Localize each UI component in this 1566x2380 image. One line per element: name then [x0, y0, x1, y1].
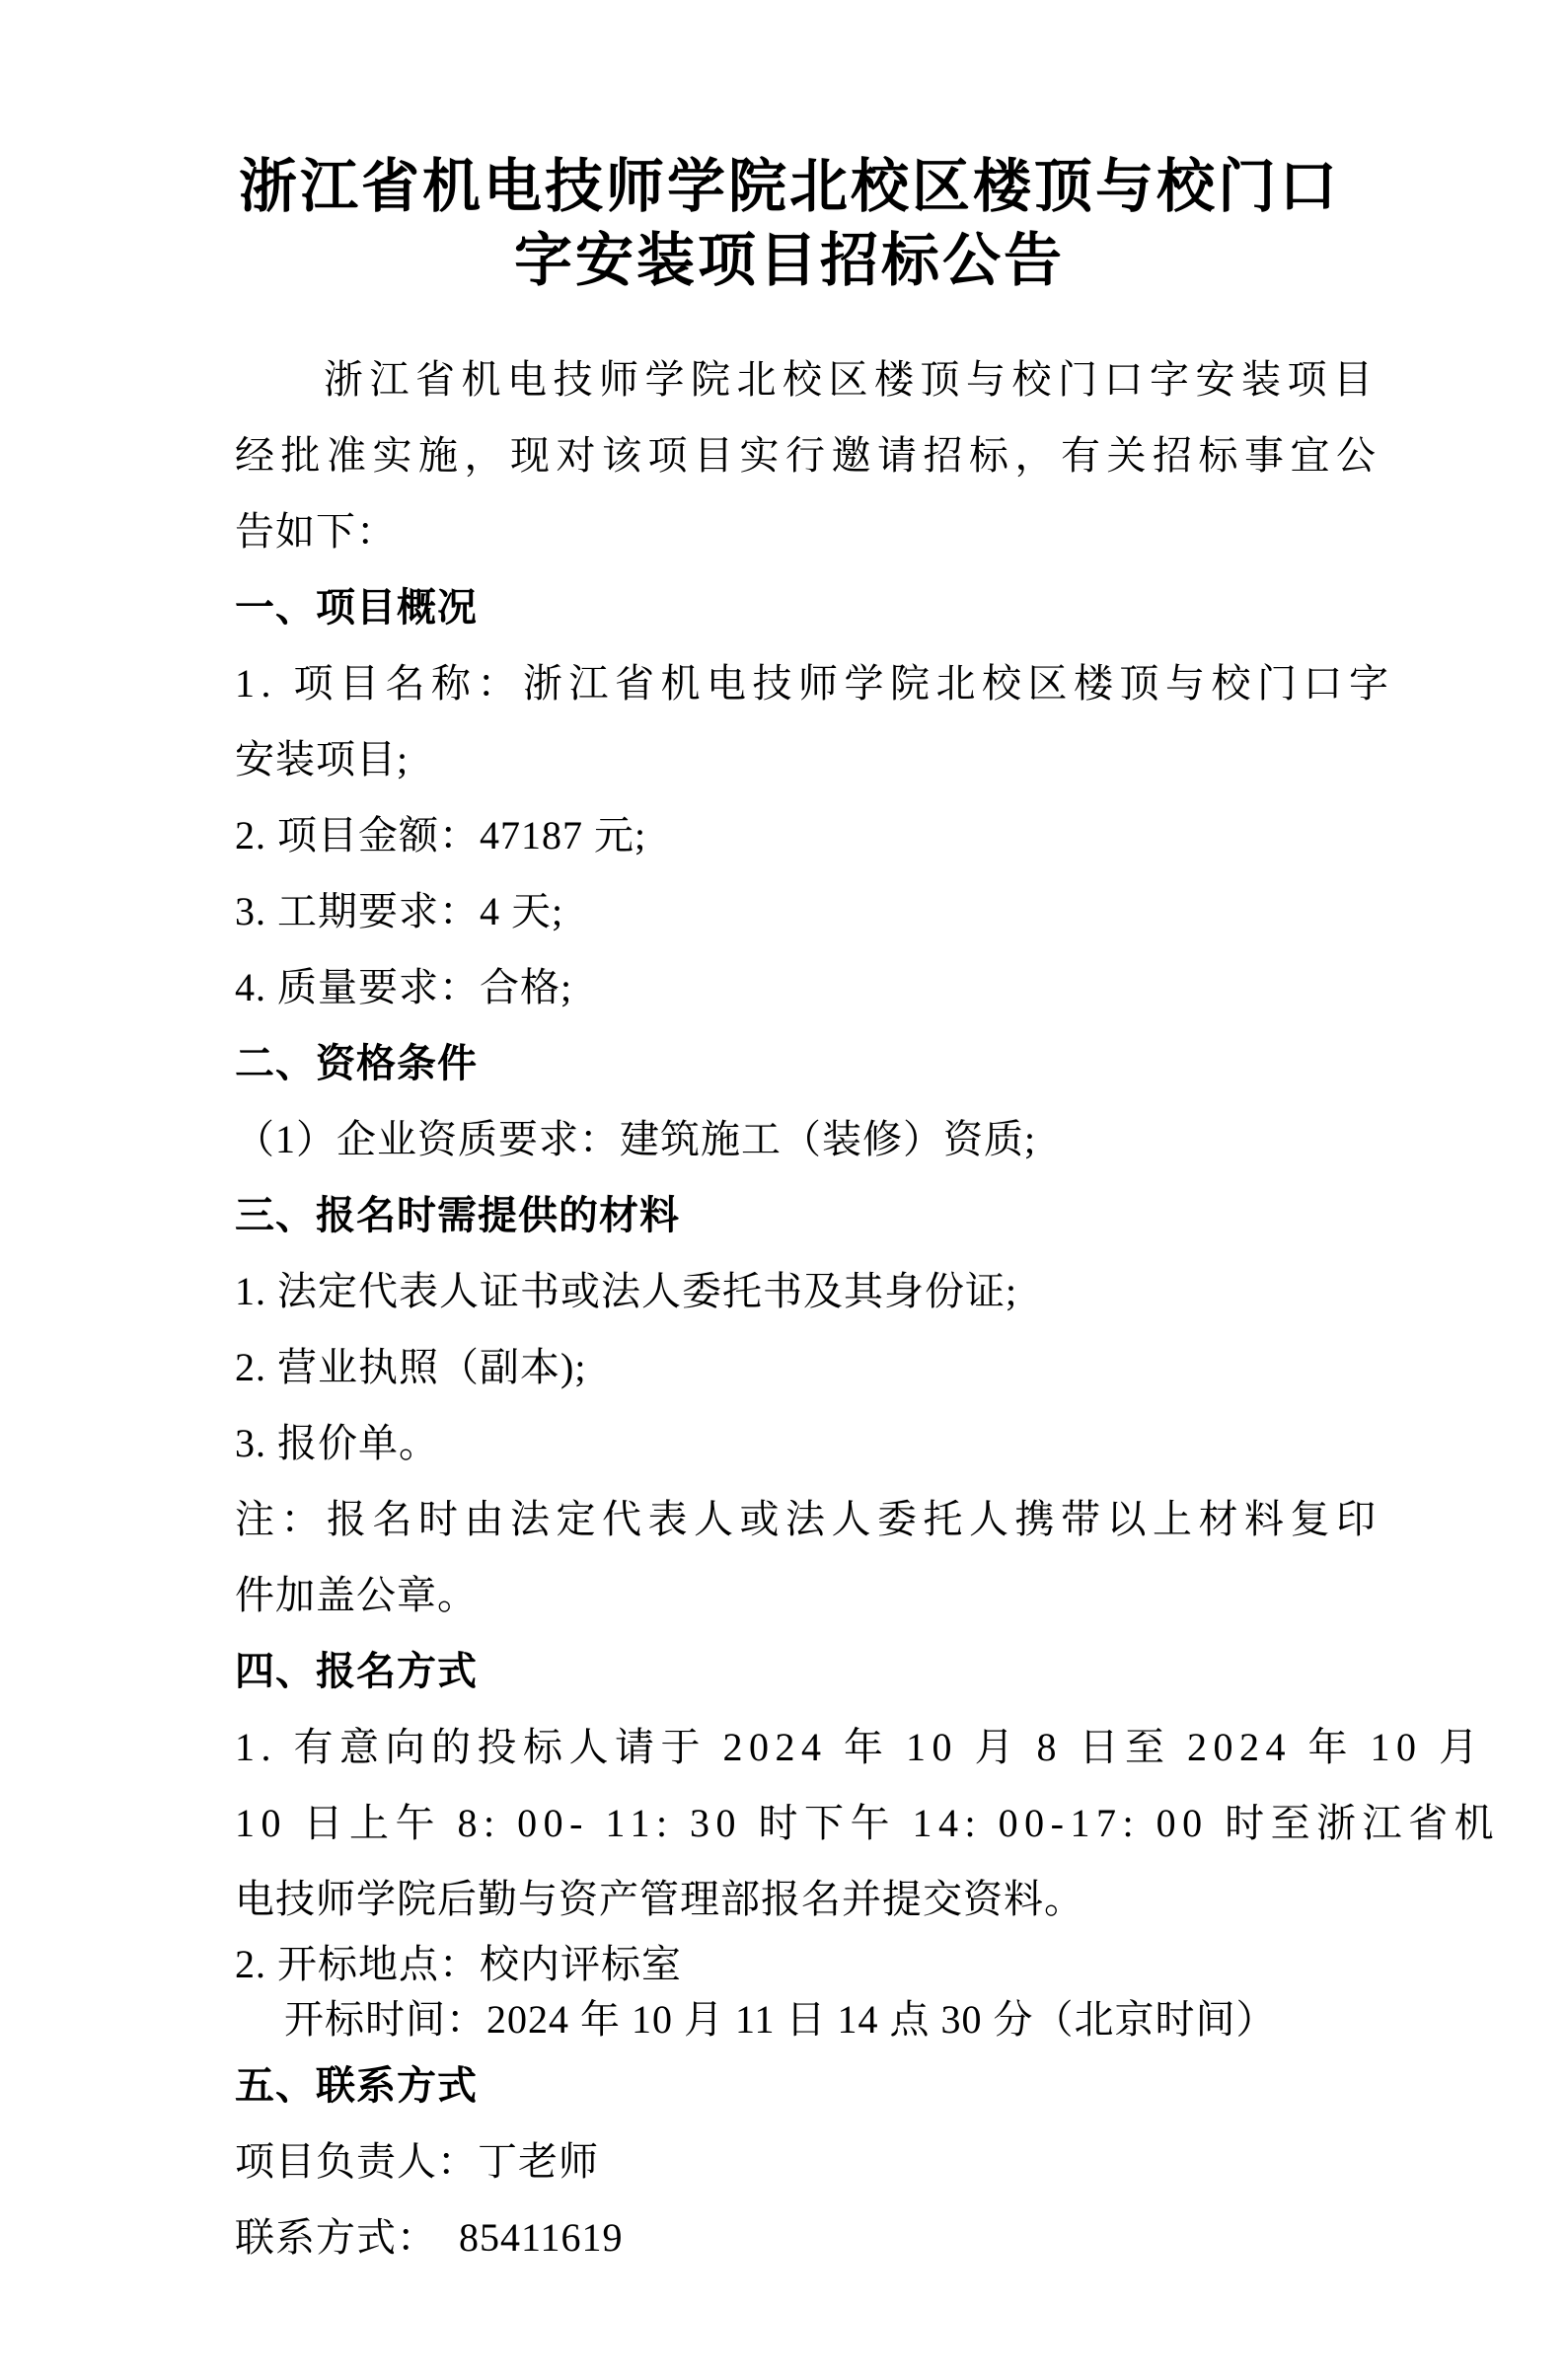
section-heading: 二、资格条件: [235, 1025, 1344, 1101]
body-line: 2. 开标地点：校内评标室: [235, 1937, 1344, 1992]
body-line: 1. 有意向的投标人请于 2024 年 10 月 8 日至 2024 年 10 …: [235, 1709, 1344, 1785]
body-line: 件加盖公章。: [235, 1557, 1344, 1633]
body-line: 3. 工期要求：4 天;: [235, 873, 1344, 949]
document-page: 浙江省机电技师学院北校区楼顶与校门口字安装项目招标公告浙江省机电技师学院北校区楼…: [0, 0, 1566, 2380]
body-line: 2. 项目金额：47187 元;: [235, 797, 1344, 873]
body-line: 注：报名时由法定代表人或法人委托人携带以上材料复印: [235, 1481, 1344, 1557]
section-heading: 三、报名时需提供的材料: [235, 1177, 1344, 1253]
body-line: 4. 质量要求：合格;: [235, 949, 1344, 1025]
body-line: 浙江省机电技师学院北校区楼顶与校门口字安装项目: [235, 341, 1344, 417]
body-line: 项目负责人：丁老师: [235, 2123, 1344, 2199]
body-line: 3. 报价单。: [235, 1405, 1344, 1481]
body-line: 开标时间：2024 年 10 月 11 日 14 点 30 分（北京时间）: [235, 1992, 1344, 2047]
document-body: 浙江省机电技师学院北校区楼顶与校门口字安装项目招标公告浙江省机电技师学院北校区楼…: [0, 0, 1566, 2275]
section-heading: 四、报名方式: [235, 1633, 1344, 1709]
body-line: 电技师学院后勤与资产管理部报名并提交资料。: [235, 1861, 1344, 1937]
body-line: 1. 项目名称：浙江省机电技师学院北校区楼顶与校门口字: [235, 645, 1344, 721]
body-line: 安装项目;: [235, 721, 1344, 797]
section-heading: 一、项目概况: [235, 569, 1344, 645]
body-line: （1）企业资质要求：建筑施工（装修）资质;: [235, 1101, 1344, 1177]
body-line: 经批准实施，现对该项目实行邀请招标，有关招标事宜公: [235, 417, 1344, 493]
body-line: 告如下：: [235, 493, 1344, 569]
body-line: 2. 营业执照（副本);: [235, 1329, 1344, 1405]
body-line: 1. 法定代表人证书或法人委托书及其身份证;: [235, 1253, 1344, 1329]
body-line: 联系方式： 85411619: [235, 2199, 1344, 2275]
section-heading: 五、联系方式: [235, 2047, 1344, 2123]
title-line: 字安装项目招标公告: [235, 224, 1344, 298]
body-line: 10 日上午 8: 00- 11: 30 时下午 14: 00-17: 00 时…: [235, 1785, 1344, 1861]
title-line: 浙江省机电技师学院北校区楼顶与校门口: [235, 150, 1344, 224]
